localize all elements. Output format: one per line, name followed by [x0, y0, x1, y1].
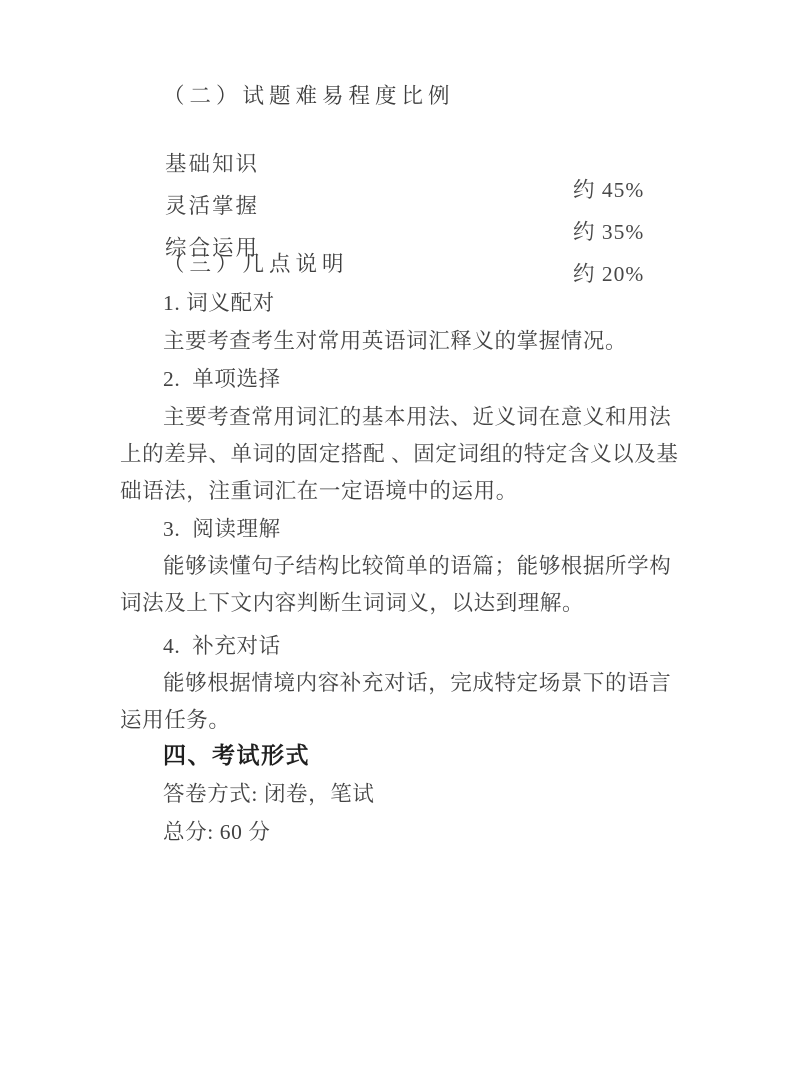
answer-mode-line: 答卷方式: 闭卷，笔试: [163, 781, 374, 807]
item-2-text-line: 上的差异、单词的固定搭配 、固定词组的特定含义以及基: [120, 441, 678, 467]
item-1-text-line: 主要考查考生对常用英语词汇释义的掌握情况。: [163, 328, 627, 354]
section-4-heading: 四、考试形式: [163, 742, 310, 768]
item-4-title: 4. 补充对话: [163, 633, 281, 659]
section-3-heading: （三）几点说明: [163, 251, 349, 277]
total-score-line: 总分: 60 分: [163, 819, 271, 845]
item-3-text-line: 能够读懂句子结构比较简单的语篇；能够根据所学构: [163, 553, 671, 579]
difficulty-row: 综合运用 约 20%: [0, 209, 800, 235]
item-2-text-line: 主要考查常用词汇的基本用法、近义词在意义和用法: [163, 404, 671, 430]
item-1-title: 1. 词义配对: [163, 290, 275, 316]
item-2-text-line: 础语法，注重词汇在一定语境中的运用。: [120, 478, 518, 504]
difficulty-row: 灵活掌握 约 35%: [0, 167, 800, 193]
document-page: （二）试题难易程度比例 基础知识 约 45% 灵活掌握 约 35% 综合运用 约…: [0, 0, 800, 1074]
item-4-text-line: 能够根据情境内容补充对话，完成特定场景下的语言: [163, 670, 671, 696]
item-4-text-line: 运用任务。: [120, 707, 231, 733]
section-2-heading: （二）试题难易程度比例: [163, 83, 455, 109]
difficulty-row: 基础知识 约 45%: [0, 125, 800, 151]
difficulty-value: 约 20%: [573, 261, 644, 287]
item-3-text-line: 词法及上下文内容判断生词词义，以达到理解。: [120, 590, 584, 616]
item-3-title: 3. 阅读理解: [163, 516, 281, 542]
item-2-title: 2. 单项选择: [163, 366, 281, 392]
